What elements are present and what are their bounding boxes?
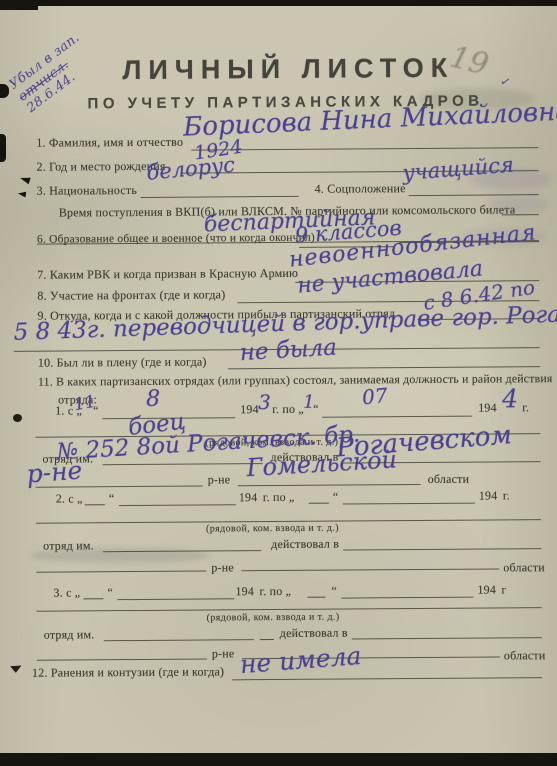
entry3-month-line <box>118 598 235 600</box>
entry3-year2-printed: 194 <box>477 582 496 597</box>
entry2-rank-hint: (рядовой, ком. взвода и т. д.) <box>206 523 339 535</box>
field-6-label: 6. Образование общее и военное (что и ко… <box>37 232 315 246</box>
entry3-prefix: 3. с „ <box>53 585 80 600</box>
form-content: ЛИЧНЫЙ ЛИСТОК ПО УЧЕТУ ПАРТИЗАНСКИХ КАДР… <box>0 0 557 766</box>
field-11-label-line1: 11. В каких партизанских отрядах (или гр… <box>38 371 553 390</box>
entry2-oblast-line <box>241 568 499 571</box>
entry3-otryad-line <box>104 639 254 641</box>
field-7-label: 7. Каким РВК и когда призван в Красную А… <box>37 266 298 283</box>
entry3-g-po: г. по „ <box>259 584 291 599</box>
field-3-handwritten-value: белорус <box>145 153 236 185</box>
entry1-district-line <box>36 486 203 488</box>
entry3-quote: “ <box>107 585 113 600</box>
entry1-month2-line <box>322 416 472 418</box>
entry1-g-po: г. по „ <box>272 402 304 417</box>
entry3-dash1 <box>83 598 103 599</box>
entry2-acted-line <box>343 548 541 550</box>
entry1-year2-digit-handwritten: 4 <box>502 384 518 413</box>
entry2-dash1 <box>85 504 105 505</box>
entry1-g: г. <box>522 400 529 415</box>
field-12-line <box>232 677 542 680</box>
entry3-otryad-dash <box>260 639 274 640</box>
field-10-label: 10. Был ли в плену (где и когда) <box>38 355 207 371</box>
field-4-handwritten-value: учащийся <box>402 153 515 185</box>
entry2-year2-printed: 194 <box>479 488 498 503</box>
entry2-acted-label: действовал в <box>271 537 339 552</box>
entry3-dash2 <box>307 597 325 598</box>
entry3-g: г <box>501 582 506 597</box>
entry1-district-handwritten: р-не <box>26 456 84 489</box>
field-1-line <box>191 147 538 150</box>
entry2-month2-line <box>343 503 475 505</box>
entry2-otryad-line <box>103 550 261 552</box>
field-1-label: 1. Фамилия, имя и отчество <box>36 135 183 151</box>
entry2-otryad-label: отряд им. <box>43 538 94 553</box>
entry1-quote: “ <box>93 403 99 418</box>
entry1-year-digit-handwritten: 3 <box>258 390 271 414</box>
entry1-month2-handwritten: 07 <box>361 383 389 409</box>
entry1-oblast-label: области <box>428 472 470 487</box>
entry3-acted-line <box>352 637 542 639</box>
field-10-handwritten-value: не была <box>239 335 338 367</box>
form-title: ЛИЧНЫЙ ЛИСТОК <box>0 52 555 87</box>
entry2-prefix: 2. с „ <box>56 491 83 506</box>
entry1-district-label: р-не <box>208 472 231 487</box>
field-4-line <box>409 194 539 196</box>
entry2-month-line <box>119 504 236 506</box>
entry3-quote2: “ <box>331 584 337 599</box>
entry2-year-printed: 194 <box>239 490 258 505</box>
entry2-g: г. <box>503 488 510 503</box>
entry3-district-line <box>37 659 207 661</box>
entry3-acted-label: действовал в <box>280 626 348 641</box>
field-12-label: 12. Ранения и контузии (где и когда) <box>32 664 224 680</box>
entry2-quote2: “ <box>333 490 339 505</box>
field-5-line-short <box>502 214 539 215</box>
entry3-month2-line <box>341 597 473 599</box>
field-10-line <box>228 366 540 369</box>
entry2-g-po: г. по „ <box>263 490 295 505</box>
entry1-year2-printed: 194 <box>478 400 497 415</box>
field-12-handwritten-value: не имела <box>239 641 363 679</box>
entry2-quote: “ <box>109 491 115 506</box>
entry2-dash2 <box>309 503 329 504</box>
entry3-year-printed: 194 <box>235 584 254 599</box>
entry1-oblast-line <box>238 484 421 486</box>
entry2-district-line <box>36 571 206 573</box>
field-4-label: 4. Соцположение <box>315 181 406 197</box>
entry1-otryad-line <box>103 463 263 465</box>
entry2-oblast-label: области <box>503 560 545 575</box>
entry3-oblast-label: области <box>504 648 546 663</box>
entry1-year-printed: 194 <box>240 402 259 417</box>
entry3-otryad-label: отряд им. <box>44 627 95 642</box>
scanned-document-page: Убыл в зап. отчисл. 28.6.44. 19 ✓ ЛИЧНЫЙ… <box>0 0 557 766</box>
field-3-label: 3. Национальность <box>37 183 137 199</box>
entry1-quote2: “ <box>313 402 319 417</box>
entry1-month-handwritten: 8 <box>146 387 160 412</box>
entry3-district-label: р-не <box>212 646 235 661</box>
entry2-district-label: р-не <box>211 560 234 575</box>
entry3-rank-hint: (рядовой, ком. взвода и т. д.) <box>207 612 340 624</box>
field-8-label: 8. Участие на фронтах (где и когда) <box>37 287 225 303</box>
field-3-line <box>141 196 299 198</box>
